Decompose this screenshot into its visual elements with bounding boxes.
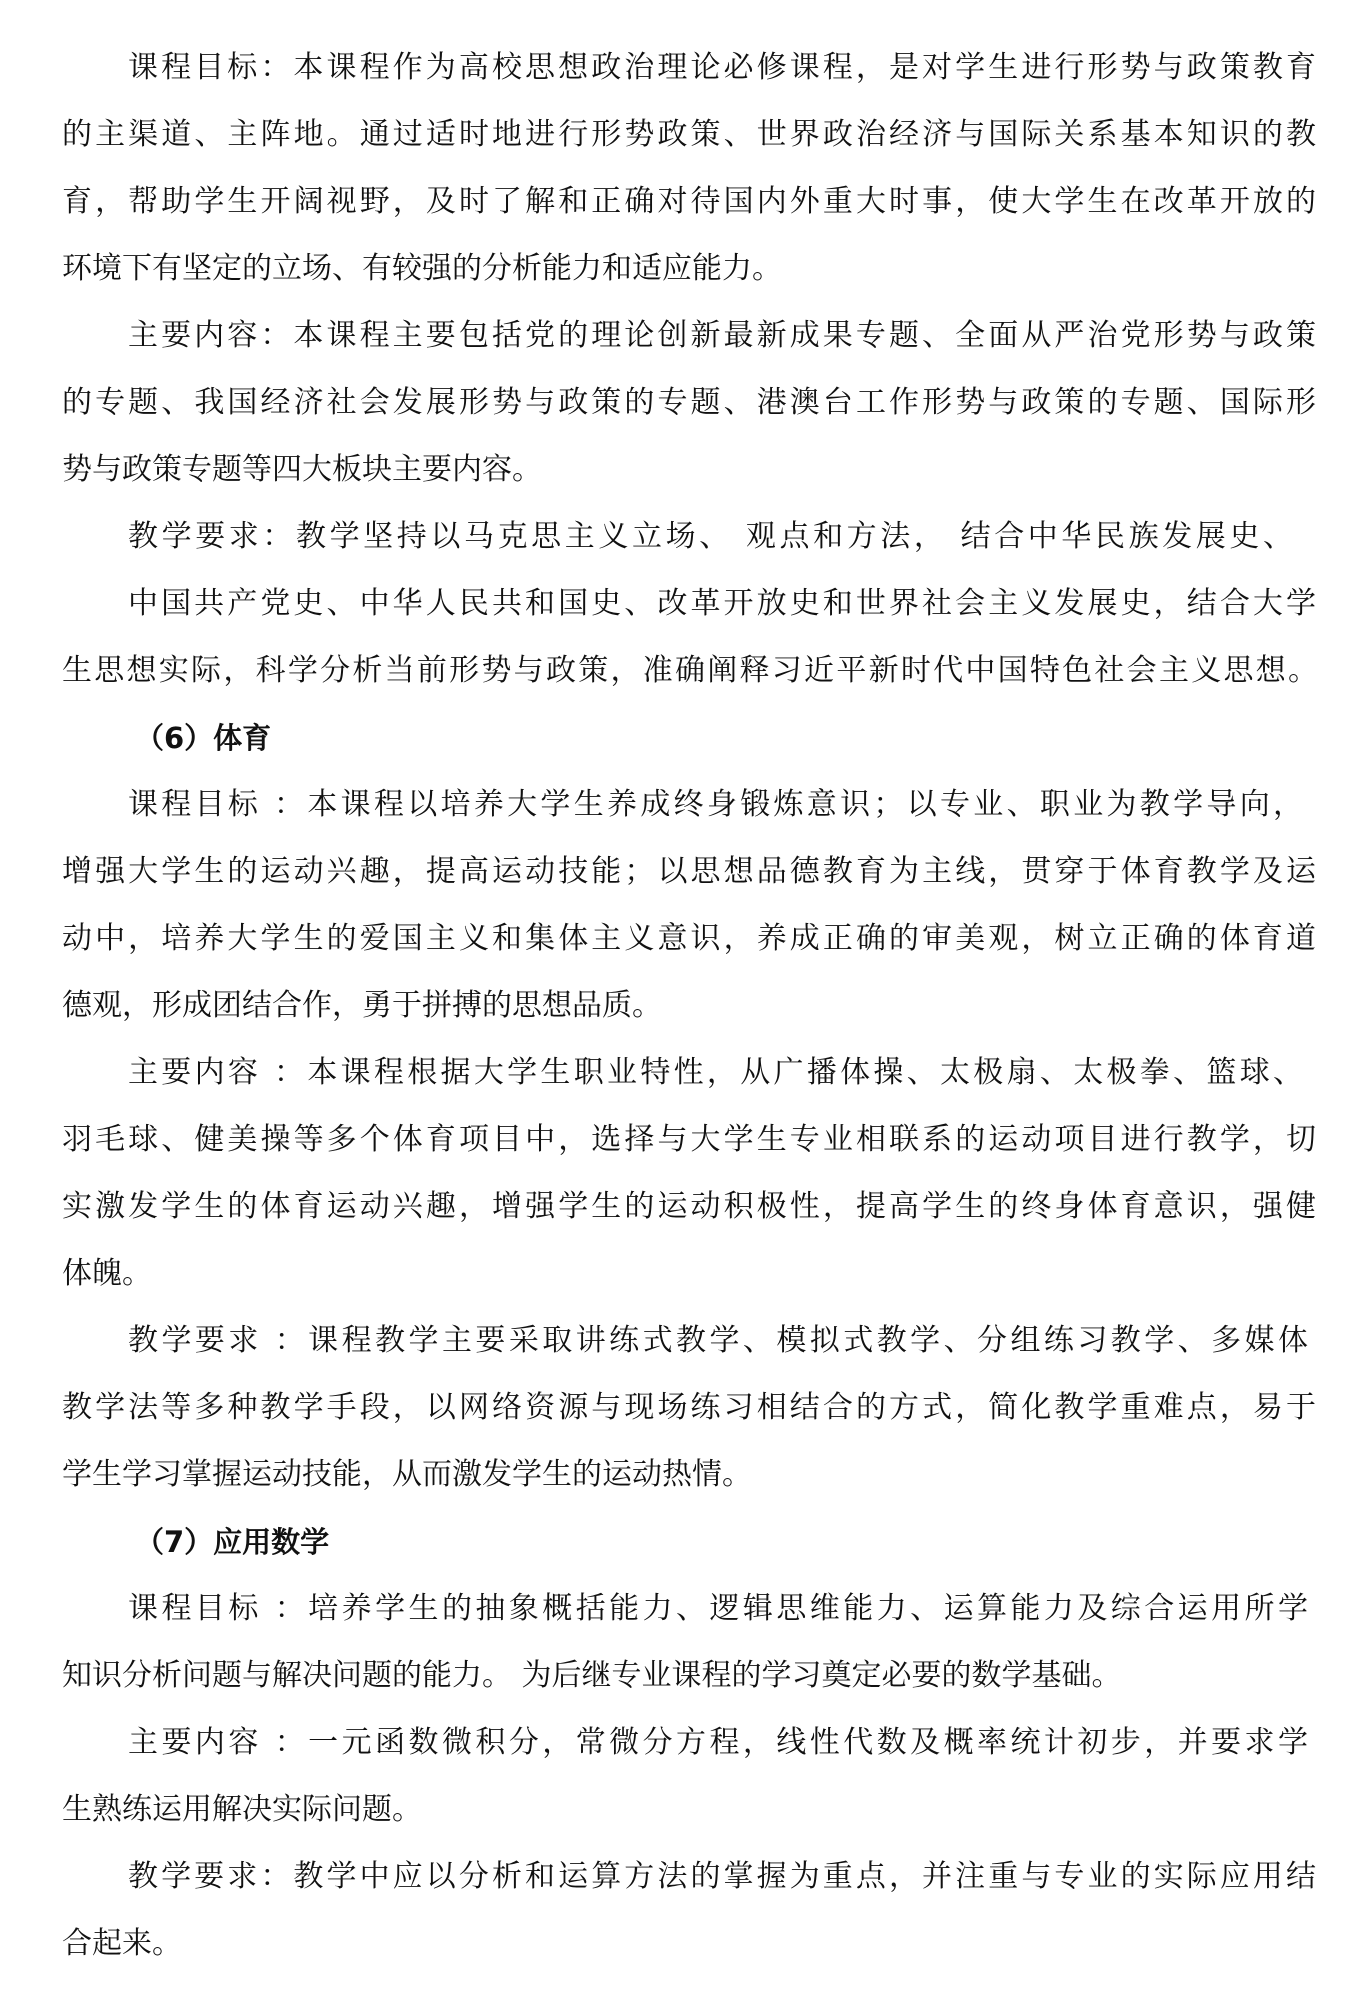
paragraph-line: 环境下有坚定的立场、有较强的分析能力和适应能力。: [62, 249, 1316, 289]
paragraph-line: 的主渠道、主阵地。通过适时地进行形势政策、世界政治经济与国际关系基本知识的教: [62, 115, 1316, 155]
paragraph-line: 生思想实际，科学分析当前形势与政策，准确阐释习近平新时代中国特色社会主义思想。: [62, 651, 1316, 691]
paragraph-line: 生熟练运用解决实际问题。: [62, 1790, 1316, 1830]
paragraph-line: 教学要求 ：课程教学主要采取讲练式教学、模拟式教学、分组练习教学、多媒体: [128, 1321, 1308, 1361]
paragraph-line: 主要内容：本课程主要包括党的理论创新最新成果专题、全面从严治党形势与政策: [128, 316, 1316, 356]
paragraph-line: 德观，形成团结合作，勇于拼搏的思想品质。: [62, 986, 1316, 1026]
paragraph-line: 动中，培养大学生的爱国主义和集体主义意识，养成正确的审美观，树立正确的体育道: [62, 919, 1316, 959]
paragraph-line: 课程目标 ：培养学生的抽象概括能力、逻辑思维能力、运算能力及综合运用所学: [128, 1589, 1308, 1629]
paragraph-line: 教学要求：教学坚持以马克思主义立场、 观点和方法， 结合中华民族发展史、: [128, 517, 1293, 557]
paragraph-line: 主要内容 ：一元函数微积分，常微分方程，线性代数及概率统计初步，并要求学: [128, 1723, 1308, 1763]
paragraph-line: 增强大学生的运动兴趣，提高运动技能；以思想品德教育为主线，贯穿于体育教学及运: [62, 852, 1316, 892]
paragraph-line: 实激发学生的体育运动兴趣，增强学生的运动积极性，提高学生的终身体育意识，强健: [62, 1187, 1316, 1227]
section-heading: （6）体育: [135, 718, 1366, 758]
paragraph-line: 体魄。: [62, 1254, 1316, 1294]
paragraph-line: 课程目标：本课程作为高校思想政治理论必修课程，是对学生进行形势与政策教育: [128, 48, 1316, 88]
paragraph-line: 势与政策专题等四大板块主要内容。: [62, 450, 1316, 490]
document-page: 课程目标：本课程作为高校思想政治理论必修课程，是对学生进行形势与政策教育 的主渠…: [0, 0, 1366, 1996]
paragraph-line: 教学要求：教学中应以分析和运算方法的掌握为重点，并注重与专业的实际应用结: [128, 1857, 1316, 1897]
paragraph-line: 课程目标 ：本课程以培养大学生养成终身锻炼意识；以专业、职业为教学导向，: [128, 785, 1303, 825]
paragraph-line: 中国共产党史、中华人民共和国史、改革开放史和世界社会主义发展史，结合大学: [128, 584, 1316, 624]
paragraph-line: 教学法等多种教学手段，以网络资源与现场练习相结合的方式，简化教学重难点，易于: [62, 1388, 1316, 1428]
paragraph-line: 育，帮助学生开阔视野，及时了解和正确对待国内外重大时事，使大学生在改革开放的: [62, 182, 1316, 222]
paragraph-line: 合起来。: [62, 1924, 1316, 1964]
section-heading: （7）应用数学: [135, 1522, 1366, 1562]
paragraph-line: 羽毛球、健美操等多个体育项目中，选择与大学生专业相联系的运动项目进行教学，切: [62, 1120, 1316, 1160]
paragraph-line: 学生学习掌握运动技能，从而激发学生的运动热情。: [62, 1455, 1316, 1495]
paragraph-line: 主要内容 ：本课程根据大学生职业特性，从广播体操、太极扇、太极拳、篮球、: [128, 1053, 1303, 1093]
paragraph-line: 的专题、我国经济社会发展形势与政策的专题、港澳台工作形势与政策的专题、国际形: [62, 383, 1316, 423]
paragraph-line: 知识分析问题与解决问题的能力。 为后继专业课程的学习奠定必要的数学基础。: [62, 1656, 1316, 1696]
